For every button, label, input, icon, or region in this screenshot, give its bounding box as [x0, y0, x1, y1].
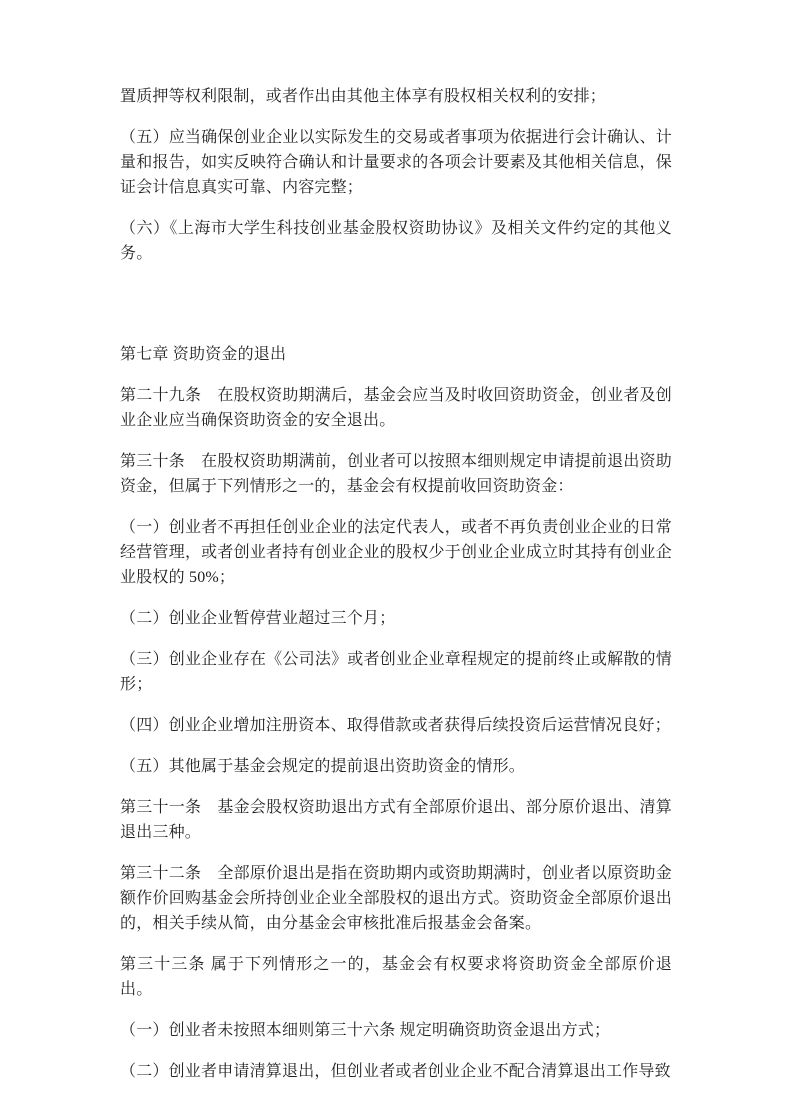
article-paragraph: 第三十条 在股权资助期满前，创业者可以按照本细则规定申请提前退出资助资金，但属于…	[120, 449, 672, 499]
article-paragraph: 第二十九条 在股权资助期满后，基金会应当及时收回资助资金，创业者及创业企业应当确…	[120, 383, 672, 433]
chapter-heading: 第七章 资助资金的退出	[120, 342, 672, 367]
article-paragraph: 第三十二条 全部原价退出是指在资助期内或资助期满时，创业者以原资助金额作价回购基…	[120, 861, 672, 936]
list-item-paragraph: （二）创业企业暂停营业超过三个月；	[120, 606, 672, 631]
list-item-paragraph: （三）创业企业存在《公司法》或者创业企业章程规定的提前终止或解散的情形；	[120, 647, 672, 697]
article-paragraph: 第三十一条 基金会股权资助退出方式有全部原价退出、部分原价退出、清算退出三种。	[120, 795, 672, 845]
list-item-paragraph: （一）创业者不再担任创业企业的法定代表人，或者不再负责创业企业的日常经营管理，或…	[120, 515, 672, 590]
list-item-paragraph: （四）创业企业增加注册资本、取得借款或者获得后续投资后运营情况良好；	[120, 713, 672, 738]
list-item-paragraph: （五）其他属于基金会规定的提前退出资助资金的情形。	[120, 754, 672, 779]
document-page: 置质押等权利限制，或者作出由其他主体享有股权相关权利的安排； （五）应当确保创业…	[0, 0, 792, 1120]
article-paragraph: 第三十三条 属于下列情形之一的，基金会有权要求将资助资金全部原价退出。	[120, 952, 672, 1002]
list-item-paragraph: （一）创业者未按照本细则第三十六条 规定明确资助资金退出方式；	[120, 1018, 672, 1043]
list-item-paragraph: （六）《上海市大学生科技创业基金股权资助协议》及相关文件约定的其他义务。	[120, 216, 672, 266]
paragraph-continuation: 置质押等权利限制，或者作出由其他主体享有股权相关权利的安排；	[120, 84, 672, 109]
list-item-paragraph: （二）创业者申请清算退出，但创业者或者创业企业不配合清算退出工作导致	[120, 1059, 672, 1084]
list-item-paragraph: （五）应当确保创业企业以实际发生的交易或者事项为依据进行会计确认、计量和报告，如…	[120, 125, 672, 200]
